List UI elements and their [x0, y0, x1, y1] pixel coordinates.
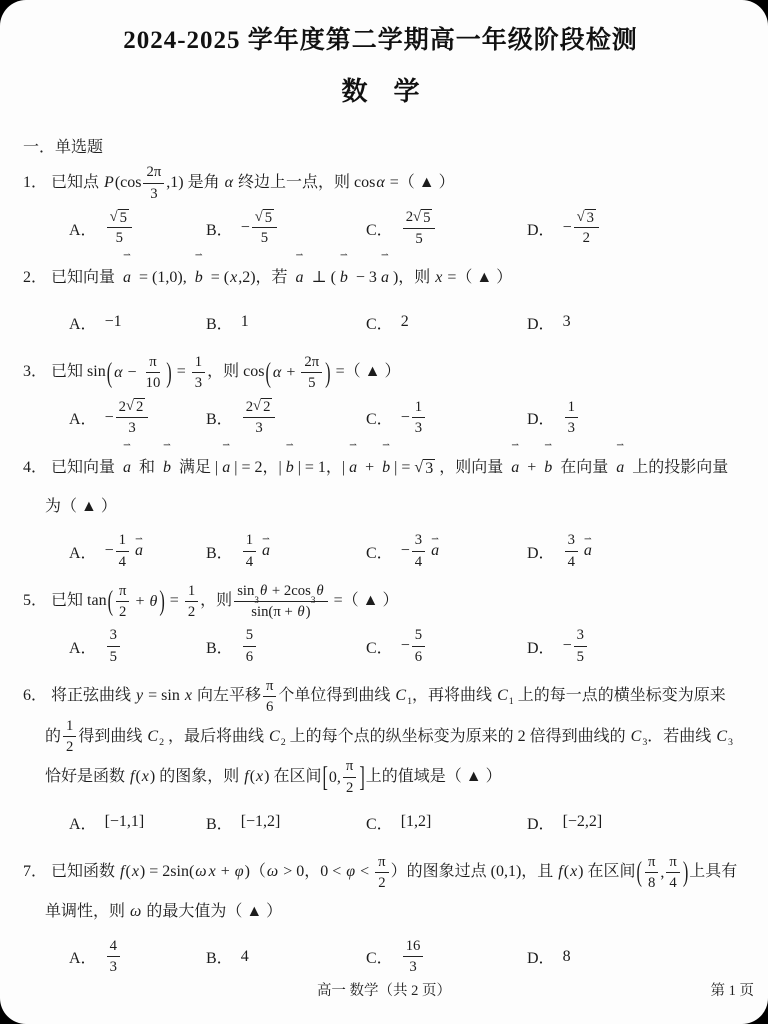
fraction-numerator: √5: [252, 209, 277, 229]
option-B: B．1: [206, 311, 366, 334]
vector-letter: b: [544, 459, 552, 476]
vector: ⇀a: [133, 542, 145, 560]
option-label: A．: [69, 406, 97, 429]
subject-title: 数 学: [23, 71, 738, 108]
question-text: 已知向量 ⇀a = (1,0), ⇀b = (x,2)，若 ⇀a ⊥ (⇀b −…: [51, 269, 512, 286]
question-4: 4．已知向量 ⇀a 和 ⇀b 满足 |⇀a| = 2，|⇀b| = 1，|⇀a …: [23, 448, 738, 575]
fraction-denominator: 6: [412, 647, 425, 666]
math-variable: ω: [266, 863, 279, 880]
math-text: <: [356, 863, 373, 880]
fraction-denominator: 4: [412, 552, 425, 571]
math-text: 6: [266, 698, 273, 716]
fraction-denominator: 3: [412, 418, 425, 437]
math-text: sin: [237, 582, 254, 600]
fraction: 13: [565, 398, 578, 438]
fraction: π2: [116, 582, 129, 622]
math-text: 1: [241, 313, 249, 331]
math-text: 2: [401, 313, 409, 331]
close-delimiter: ): [166, 338, 171, 408]
fraction-numerator: 16: [403, 937, 424, 957]
math-text: 4: [669, 874, 676, 892]
math-text: ,1) 是角: [166, 174, 223, 191]
math-variable: x: [569, 863, 578, 880]
radicand: 5: [118, 209, 129, 227]
option-label: B．: [206, 811, 233, 834]
math-text: − 3: [352, 269, 377, 286]
fraction-denominator: 4: [565, 552, 578, 571]
math-text: 3: [150, 185, 157, 203]
math-text: 在向量: [556, 459, 612, 476]
fraction: π6: [263, 677, 276, 717]
math-text: 5: [308, 374, 315, 392]
delimited-content: α + 2π5: [272, 353, 324, 393]
math-text: 3: [415, 419, 422, 437]
fraction-numerator: π: [645, 853, 658, 873]
math-text: 向左平移: [193, 687, 261, 704]
math-text: [−1,2]: [241, 813, 281, 831]
math-text: )，则: [393, 269, 434, 286]
math-text: −: [401, 637, 410, 655]
fraction-denominator: 5: [113, 228, 126, 247]
math-variable: x: [229, 269, 238, 286]
vector: ⇀b: [193, 258, 205, 297]
math-text: 0,: [329, 758, 341, 797]
math-text: +: [523, 459, 540, 476]
vector-letter: b: [163, 459, 171, 476]
exam-page: 2024-2025 学年度第二学期高一年级阶段检测 数 学 一．单选题 1．已知…: [0, 0, 768, 1024]
vector-arrow-icon: ⇀: [123, 442, 131, 451]
vector-letter: a: [616, 459, 624, 476]
fraction-numerator: 1: [116, 531, 129, 551]
question-stem: 6．将正弦曲线 y = sin x 向左平移π6个单位得到曲线 C1，再将曲线 …: [23, 676, 738, 797]
fraction: π4: [666, 853, 679, 893]
math-text: 5: [577, 648, 584, 666]
fraction-denominator: 3: [252, 418, 265, 437]
math-text: 4: [568, 553, 575, 571]
math-variable: θ: [315, 582, 324, 600]
fraction-denominator: 4: [666, 873, 679, 892]
fraction-numerator: 2π: [143, 163, 164, 183]
vector-letter: a: [296, 269, 304, 286]
option-value: −56: [401, 626, 427, 666]
delimited-group: (π8,π4): [636, 852, 690, 892]
math-variable: x: [208, 863, 217, 880]
fraction: 34: [412, 531, 425, 571]
math-text: 2π: [304, 353, 319, 371]
option-value: −34⇀a: [401, 531, 443, 571]
square-root: √5: [255, 209, 274, 227]
question-text: 已知函数 f(x) = 2sin(ωx + φ)（ω > 0，0 < φ < π…: [45, 863, 737, 920]
math-text: (: [125, 863, 130, 880]
math-text: 1: [246, 531, 253, 549]
math-text: +: [361, 459, 378, 476]
fraction-denominator: 6: [263, 697, 276, 716]
math-text: 3: [587, 210, 594, 226]
math-text: +: [217, 863, 234, 880]
option-C: C．163: [366, 937, 527, 977]
math-variable: C: [630, 728, 643, 745]
delimited-content: π8,π4: [643, 853, 682, 893]
math-text: −: [105, 542, 114, 560]
option-value: 56: [241, 626, 258, 666]
options-row: A．43B．4C．163D．8: [69, 933, 738, 981]
option-value: [−1,2]: [241, 813, 281, 831]
question-5: 5．已知 tan(π2 + θ) = 12，则sin3θ + 2cos3θsin…: [23, 581, 738, 670]
math-text: π: [378, 853, 385, 871]
radicand: 3: [423, 459, 435, 478]
math-text: 已知点: [51, 174, 103, 191]
question-text: 将正弦曲线 y = sin x 向左平移π6个单位得到曲线 C1，再将曲线 C1…: [45, 687, 737, 784]
radical-sign: √: [110, 209, 118, 227]
question-text: 已知点 P(cos2π3,1) 是角 α 终边上一点，则 cosα =（ ▲ ）: [51, 174, 455, 191]
math-text: −: [401, 409, 410, 427]
question-stem: 1．已知点 P(cos2π3,1) 是角 α 终边上一点，则 cosα =（ ▲…: [23, 163, 738, 203]
options-row: A．√55B．−√55C．2√55D．−√32: [69, 204, 738, 252]
fraction: 2√55: [403, 208, 436, 248]
math-variable: C: [394, 687, 407, 704]
math-text: 5: [110, 648, 117, 666]
question-number: 6．: [23, 687, 47, 704]
math-text: 5: [415, 626, 422, 644]
option-B: B．4: [206, 945, 366, 968]
option-B: B．−√55: [206, 209, 366, 248]
math-text: 5: [261, 229, 268, 247]
math-text: 8: [563, 948, 571, 966]
math-text: 2: [583, 229, 590, 247]
option-label: C．: [366, 945, 393, 968]
math-text: 个单位得到曲线: [278, 687, 394, 704]
math-text: 5: [120, 210, 127, 226]
question-1: 1．已知点 P(cos2π3,1) 是角 α 终边上一点，则 cosα =（ ▲…: [23, 163, 738, 252]
vector: ⇀b: [161, 448, 173, 487]
fraction-numerator: 3: [565, 531, 578, 551]
vector-arrow-icon: ⇀: [544, 442, 552, 451]
math-text: 4: [415, 553, 422, 571]
math-text: π: [149, 353, 156, 371]
option-value: 34⇀a: [563, 531, 596, 571]
fraction: sin3θ + 2cos3θsin(π + θ): [234, 582, 327, 622]
math-variable: θ: [259, 582, 268, 600]
fraction-denominator: 2: [116, 602, 129, 621]
math-text: | = 1，|: [298, 459, 345, 476]
fraction: π2: [375, 853, 388, 893]
math-text: ) = 2sin(: [140, 863, 194, 880]
math-variable: C: [146, 728, 159, 745]
option-value: −35: [563, 626, 589, 666]
math-text: 6: [246, 648, 253, 666]
math-text: 得到曲线: [78, 728, 146, 745]
math-text: 3: [415, 531, 422, 549]
delimited-group: [0,π2]: [321, 757, 365, 797]
radicand: 2: [134, 398, 145, 416]
delimited-content: π2 + θ: [114, 582, 158, 622]
math-text: =: [166, 592, 183, 609]
math-text: 2: [136, 399, 143, 415]
option-D: D．−√32: [527, 209, 738, 248]
math-variable: x: [184, 687, 193, 704]
square-root: √3: [414, 459, 435, 478]
option-C: C．2√55: [366, 208, 527, 248]
fraction-numerator: π: [116, 582, 129, 602]
fraction-denominator: 4: [116, 552, 129, 571]
math-text: 2π: [146, 163, 161, 181]
math-text: 2: [246, 398, 253, 416]
vector-letter: a: [123, 269, 131, 286]
vector-arrow-icon: ⇀: [262, 536, 270, 545]
radical-sign: √: [577, 209, 585, 227]
fraction-denominator: 8: [645, 873, 658, 892]
math-variable: θ: [148, 582, 158, 621]
math-text: 16: [406, 937, 421, 955]
option-D: D．[−2,2]: [527, 811, 738, 834]
question-number: 7．: [23, 863, 47, 880]
math-text: π: [648, 853, 655, 871]
math-text: 和: [135, 459, 159, 476]
option-D: D．34⇀a: [527, 531, 738, 571]
math-text: ）的图象过点 (0,1)，且: [391, 863, 558, 880]
fraction-numerator: π: [343, 757, 356, 777]
math-text: ): [306, 603, 311, 621]
math-text: 3: [110, 958, 117, 976]
math-variable: x: [255, 768, 264, 785]
vector-arrow-icon: ⇀: [584, 536, 592, 545]
fraction-denominator: 3: [565, 418, 578, 437]
option-label: B．: [206, 540, 233, 563]
open-delimiter: (: [265, 338, 270, 408]
math-text: 已知函数: [51, 863, 119, 880]
math-text: 3: [425, 460, 433, 477]
option-value: 8: [563, 948, 571, 966]
vector-arrow-icon: ⇀: [431, 536, 439, 545]
close-delimiter: ]: [359, 742, 364, 812]
option-label: D．: [527, 406, 555, 429]
math-text: 2: [188, 603, 195, 621]
option-value: 13: [563, 398, 580, 438]
vector-arrow-icon: ⇀: [222, 442, 230, 451]
option-B: B．2√23: [206, 398, 366, 438]
math-text: 2: [119, 603, 126, 621]
math-text: =: [173, 363, 190, 380]
square-root: √3: [577, 209, 596, 227]
option-value: √55: [105, 209, 134, 248]
fraction: 35: [574, 626, 587, 666]
option-value: −14⇀a: [105, 531, 147, 571]
math-text: ) 在区间: [578, 863, 635, 880]
math-text: + 2cos: [268, 582, 311, 600]
math-text: ,: [660, 853, 664, 892]
fraction-numerator: π: [263, 677, 276, 697]
option-C: C．−56: [366, 626, 527, 666]
fraction-numerator: π: [666, 853, 679, 873]
option-label: A．: [69, 217, 97, 240]
math-text: ) 在区间: [264, 768, 321, 785]
question-number: 5．: [23, 592, 47, 609]
option-C: C．−13: [366, 398, 527, 438]
vector-arrow-icon: ⇀: [163, 442, 171, 451]
fraction-numerator: 5: [243, 626, 256, 646]
open-delimiter: [: [322, 742, 327, 812]
option-label: B．: [206, 217, 233, 240]
fraction-denominator: 5: [574, 647, 587, 666]
fraction: 14: [116, 531, 129, 571]
option-D: D．−35: [527, 626, 738, 666]
option-value: 2: [401, 313, 409, 331]
question-stem: 5．已知 tan(π2 + θ) = 12，则sin3θ + 2cos3θsin…: [23, 581, 738, 621]
math-text: 1: [415, 398, 422, 416]
option-D: D．13: [527, 398, 738, 438]
option-value: [1,2]: [401, 813, 432, 831]
math-text: = sin: [144, 687, 184, 704]
fraction-numerator: √3: [574, 209, 599, 229]
option-label: A．: [69, 945, 97, 968]
option-value: 14⇀a: [241, 531, 274, 571]
math-text: −1: [105, 313, 122, 331]
math-text: [−2,2]: [563, 813, 603, 831]
vector: ⇀b: [380, 448, 392, 487]
math-text: [1,2]: [401, 813, 432, 831]
option-value: 163: [401, 937, 426, 977]
math-text: ，最后将曲线: [164, 728, 268, 745]
option-value: 3: [563, 313, 571, 331]
fraction: 12: [63, 717, 76, 757]
math-text: 5: [246, 626, 253, 644]
math-text: (cos: [115, 174, 142, 191]
math-text: sin(π +: [251, 603, 296, 621]
square-root: √2: [126, 398, 145, 416]
question-text: 已知向量 ⇀a 和 ⇀b 满足 |⇀a| = 2，|⇀b| = 1，|⇀a + …: [45, 459, 728, 515]
math-text: 1: [119, 531, 126, 549]
question-stem: 2．已知向量 ⇀a = (1,0), ⇀b = (x,2)，若 ⇀a ⊥ (⇀b…: [23, 258, 738, 297]
option-label: A．: [69, 311, 97, 334]
delimited-group: (α + 2π5): [264, 353, 331, 393]
footer-page-number: 第 1 页: [711, 979, 755, 1000]
math-text: 3: [255, 419, 262, 437]
option-value: 2√55: [401, 208, 438, 248]
fraction-denominator: 5: [107, 647, 120, 666]
math-variable: x: [131, 863, 140, 880]
option-B: B．56: [206, 626, 366, 666]
math-text: 4: [241, 948, 249, 966]
question-7: 7．已知函数 f(x) = 2sin(ωx + φ)（ω > 0，0 < φ <…: [23, 852, 738, 980]
vector-letter: b: [382, 459, 390, 476]
fraction-numerator: 1: [412, 398, 425, 418]
vector-letter: a: [349, 459, 357, 476]
fraction: 43: [107, 937, 120, 977]
option-value: −√32: [563, 209, 601, 248]
fraction-denominator: 2: [343, 778, 356, 797]
delimited-content: 0,π2: [329, 757, 358, 797]
square-root: √5: [110, 209, 129, 227]
math-text: ,2)，若: [238, 269, 291, 286]
fraction-denominator: 2: [185, 602, 198, 621]
math-variable: C: [496, 687, 509, 704]
radicand: 5: [263, 209, 274, 227]
fraction-numerator: 1: [243, 531, 256, 551]
math-text: π: [119, 582, 126, 600]
option-label: A．: [69, 540, 97, 563]
vector-arrow-icon: ⇀: [511, 442, 519, 451]
fraction-numerator: 1: [63, 717, 76, 737]
math-text: (: [135, 768, 140, 785]
options-row: A．35B．56C．−56D．−35: [69, 622, 738, 670]
fraction: 34: [565, 531, 578, 571]
option-label: D．: [527, 945, 555, 968]
vector-letter: a: [381, 269, 389, 286]
footer-center: 高一 数学（共 2 页）: [0, 979, 768, 1000]
vector: ⇀a: [379, 258, 391, 297]
math-variable: α: [272, 353, 282, 392]
option-label: C．: [366, 406, 393, 429]
fraction: √55: [107, 209, 132, 248]
option-label: B．: [206, 945, 233, 968]
option-value: −√55: [241, 209, 279, 248]
math-variable: y: [135, 687, 144, 704]
math-text: 4: [110, 937, 117, 955]
vector-arrow-icon: ⇀: [286, 442, 294, 451]
vector: ⇀a: [614, 448, 626, 487]
math-variable: α: [375, 174, 385, 191]
fraction: √32: [574, 209, 599, 248]
vector-letter: b: [340, 269, 348, 286]
math-variable: ω: [194, 863, 207, 880]
math-text: +: [131, 582, 148, 621]
vector: ⇀b: [542, 448, 554, 487]
option-D: D．3: [527, 311, 738, 334]
math-variable: C: [268, 728, 281, 745]
option-value: 2√23: [241, 398, 278, 438]
fraction-denominator: 5: [305, 373, 318, 392]
math-text: −: [401, 542, 410, 560]
math-text: 2: [378, 874, 385, 892]
open-delimiter: (: [108, 566, 113, 636]
fraction: π8: [645, 853, 658, 893]
fraction-denominator: 5: [412, 229, 425, 248]
fraction-denominator: 2: [63, 737, 76, 756]
radicand: 3: [585, 209, 596, 227]
fraction: 13: [412, 398, 425, 438]
fraction-numerator: sin3θ + 2cos3θ: [234, 582, 327, 602]
question-stem: 4．已知向量 ⇀a 和 ⇀b 满足 |⇀a| = 2，|⇀b| = 1，|⇀a …: [23, 448, 738, 526]
vector: ⇀a: [429, 542, 441, 560]
fraction-denominator: 3: [107, 957, 120, 976]
fraction: 2π5: [301, 353, 322, 393]
math-text: 上的每个点的纵坐标变为原来的 2 倍得到曲线的: [286, 728, 630, 745]
vector-letter: a: [511, 459, 519, 476]
math-text: =（ ▲ ）: [330, 592, 399, 609]
option-label: C．: [366, 811, 393, 834]
vector: ⇀a: [260, 542, 272, 560]
fraction: 2√23: [116, 398, 149, 438]
math-text: 2: [66, 738, 73, 756]
vector-arrow-icon: ⇀: [296, 252, 304, 261]
math-text: [−1,1]: [105, 813, 145, 831]
fraction-numerator: 3: [412, 531, 425, 551]
math-text: 6: [415, 648, 422, 666]
fraction-denominator: 3: [125, 418, 138, 437]
fraction: π10: [143, 353, 164, 393]
close-delimiter: ): [159, 566, 164, 636]
math-text: −: [563, 637, 572, 655]
fraction: π2: [343, 757, 356, 797]
math-text: 已知向量: [51, 269, 119, 286]
close-delimiter: ): [325, 338, 330, 408]
page-title: 2024-2025 学年度第二学期高一年级阶段检测: [23, 20, 738, 56]
fraction-denominator: 6: [243, 647, 256, 666]
fraction-denominator: 4: [243, 552, 256, 571]
option-value: 1: [241, 313, 249, 331]
fraction: 56: [243, 626, 256, 666]
math-text: 1: [188, 582, 195, 600]
